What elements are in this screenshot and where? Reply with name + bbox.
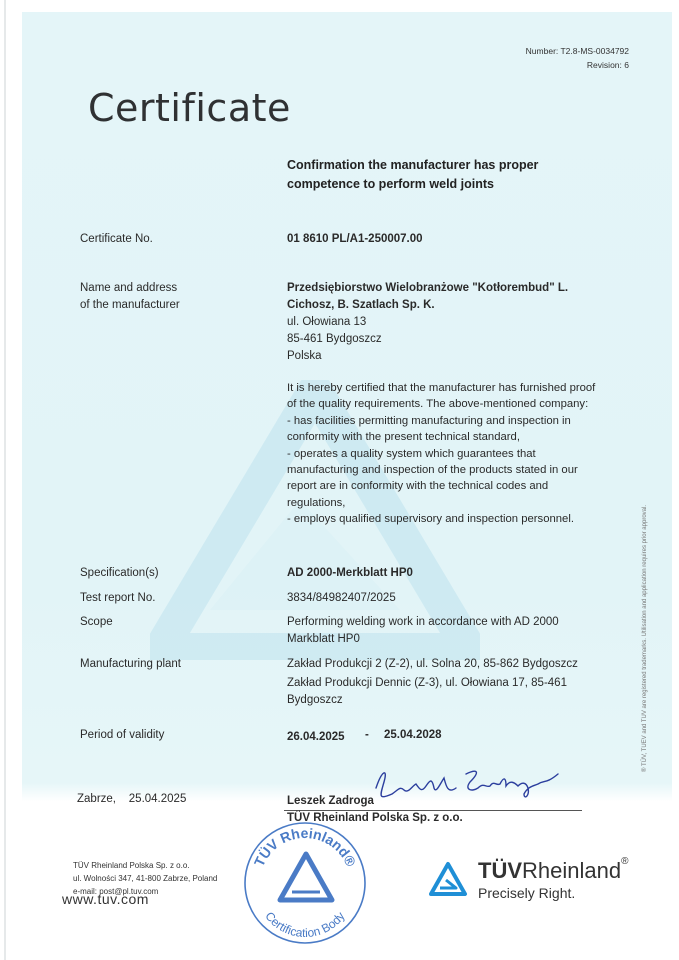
validity-to: 25.04.2028	[384, 729, 442, 741]
manufacturer-address: Przedsiębiorstwo Wielobranżowe "Kotłorem…	[287, 280, 587, 365]
footer-company: TÜV Rheinland Polska Sp. z o.o.	[73, 859, 217, 872]
validity-label: Period of validity	[80, 727, 164, 744]
specification-value: AD 2000-Merkblatt HP0	[287, 565, 627, 582]
footer-street: ul. Wolności 347, 41-800 Zabrze, Poland	[73, 872, 217, 885]
test-report-label: Test report No.	[80, 590, 155, 607]
manufacturer-label: Name and address of the manufacturer	[80, 280, 180, 314]
signing-date: 25.04.2025	[129, 793, 187, 805]
footer-website[interactable]: www.tuv.com	[62, 891, 149, 907]
certification-stamp-icon: TÜV Rheinland® Certification Body	[240, 818, 370, 948]
signatory-name: Leszek Zadroga	[287, 795, 374, 807]
plant-value: Zakład Produkcji 2 (Z-2), ul. Solna 20, …	[287, 656, 587, 709]
plant-line-1: Zakład Produkcji 2 (Z-2), ul. Solna 20, …	[287, 656, 587, 673]
revision-value: 6	[624, 60, 629, 70]
trademark-note: ® TÜV, TUEV and TUV are registered trade…	[642, 505, 648, 772]
manufacturer-street: ul. Ołowiana 13	[287, 314, 587, 331]
specification-label: Specification(s)	[80, 565, 159, 582]
manufacturer-label-line1: Name and address	[80, 280, 180, 297]
stamp-top-text: TÜV Rheinland®	[251, 825, 360, 870]
manufacturer-label-line2: of the manufacturer	[80, 297, 180, 314]
signature-line	[284, 810, 582, 811]
plant-line-2: Zakład Produkcji Dennic (Z-3), ul. Ołowi…	[287, 675, 587, 709]
plant-label: Manufacturing plant	[80, 656, 181, 673]
certificate-no-value: 01 8610 PL/A1-250007.00	[287, 231, 627, 248]
document-title: Certificate	[88, 86, 291, 130]
signature-icon	[368, 760, 568, 810]
certificate-number-block: Number: T2.8-MS-0034792 Revision: 6	[526, 44, 629, 72]
validity-separator: -	[365, 729, 369, 741]
test-report-value: 3834/84982407/2025	[287, 590, 627, 607]
brand-name-regular: Rheinland	[522, 858, 621, 883]
brand-tagline: Precisely Right.	[478, 885, 575, 901]
scope-value: Performing welding work in accordance wi…	[287, 614, 577, 648]
manufacturer-country: Polska	[287, 348, 587, 365]
svg-text:TÜV Rheinland®: TÜV Rheinland®	[251, 825, 360, 870]
signing-place-date: Zabrze, 25.04.2025	[77, 793, 186, 805]
certification-statement: It is hereby certified that the manufact…	[287, 380, 607, 528]
validity-from: 26.04.2025	[287, 729, 627, 746]
signing-place: Zabrze,	[77, 793, 116, 805]
tuv-logo-icon	[428, 861, 468, 897]
manufacturer-name: Przedsiębiorstwo Wielobranżowe "Kotłorem…	[287, 280, 587, 314]
brand-name-bold: TÜV	[478, 858, 522, 883]
revision-label: Revision:	[587, 60, 622, 70]
number-label: Number:	[526, 46, 559, 56]
registered-mark: ®	[621, 856, 628, 867]
certificate-no-label: Certificate No.	[80, 231, 153, 248]
number-value: T2.8-MS-0034792	[560, 46, 629, 56]
document-subtitle: Confirmation the manufacturer has proper…	[287, 156, 607, 194]
manufacturer-city: 85-461 Bydgoszcz	[287, 331, 587, 348]
page-edge	[4, 0, 6, 960]
scope-label: Scope	[80, 614, 113, 631]
brand-name: TÜVRheinland®	[478, 858, 628, 884]
